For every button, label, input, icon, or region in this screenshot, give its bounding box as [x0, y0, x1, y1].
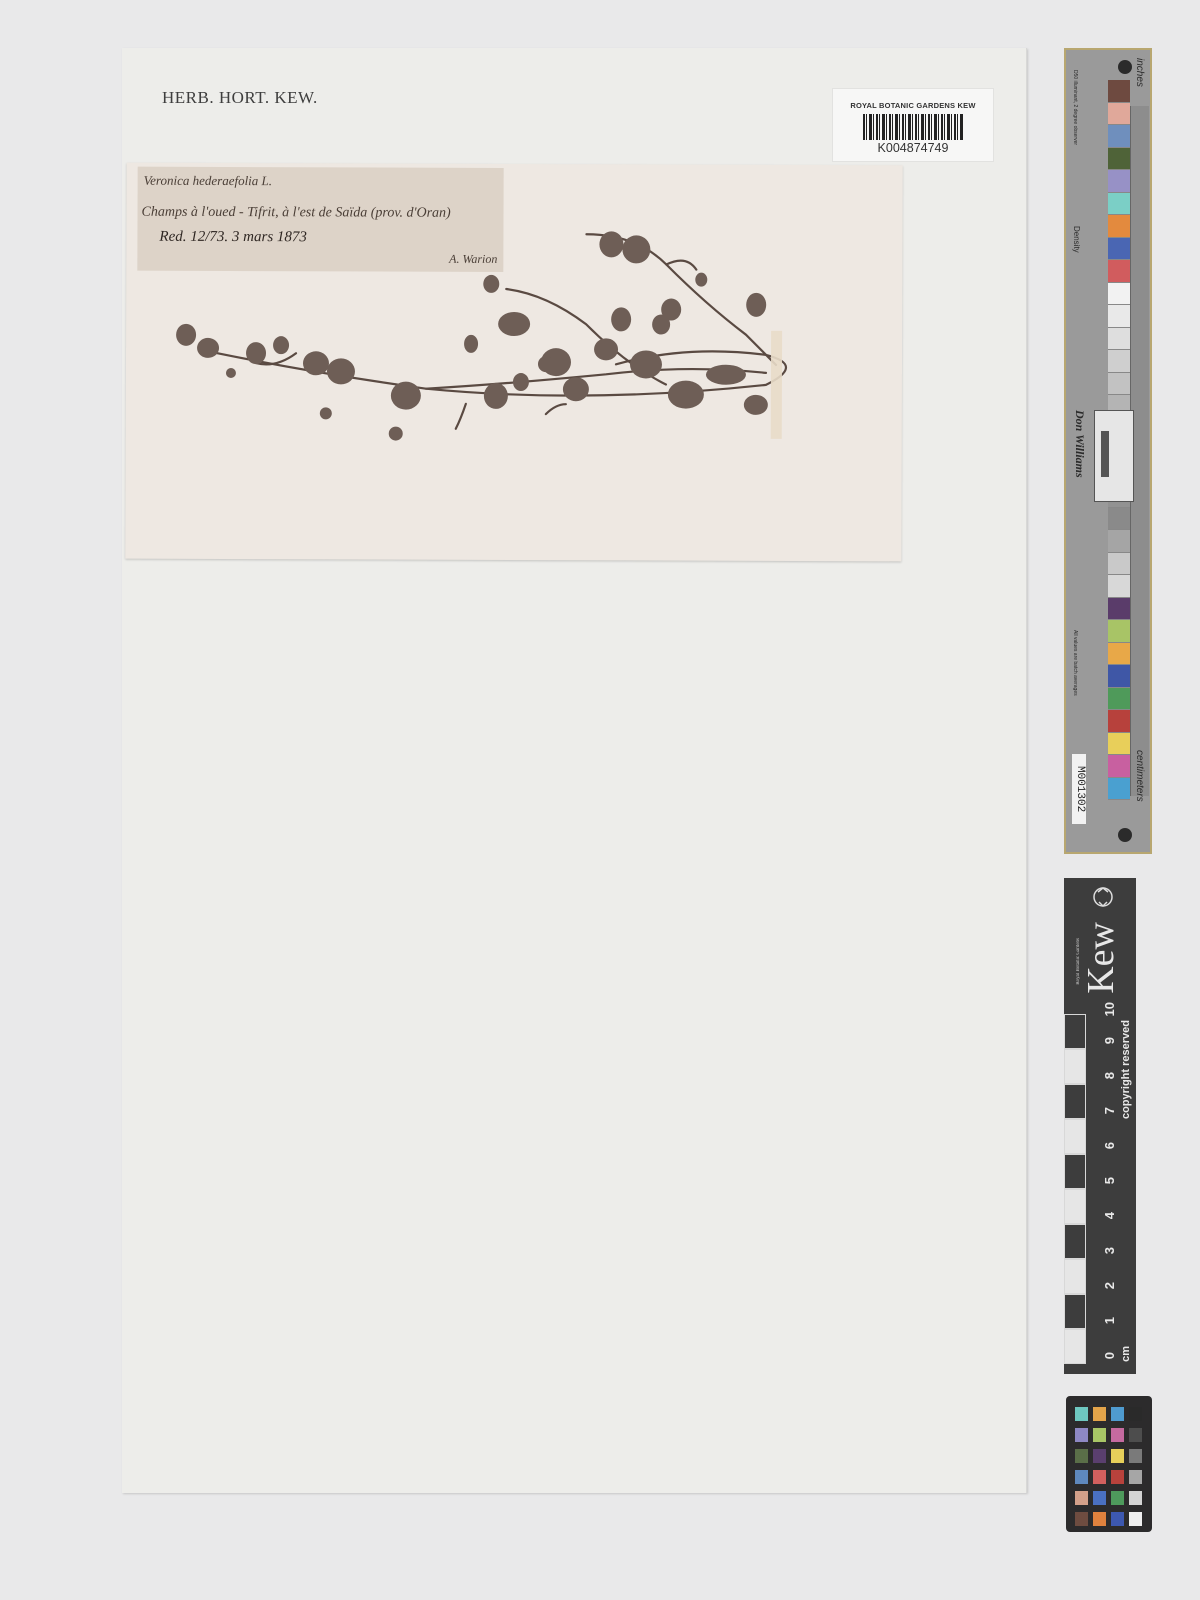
barcode-number: K004874749 [833, 141, 993, 155]
checker-patch [1129, 1428, 1142, 1442]
checker-patch [1129, 1407, 1142, 1421]
checker-patch [1075, 1428, 1088, 1442]
checker-patch [1075, 1470, 1088, 1484]
color-swatch [1108, 755, 1130, 778]
color-swatch [1108, 373, 1130, 396]
checker-patch [1075, 1407, 1088, 1421]
color-swatch [1108, 665, 1130, 688]
cm-number: 0 [1102, 1352, 1118, 1359]
units-centimeters: centimeters [1134, 750, 1145, 802]
checker-patch [1093, 1428, 1106, 1442]
color-swatch [1108, 260, 1130, 283]
color-swatch [1108, 530, 1130, 553]
color-swatch [1108, 688, 1130, 711]
cm-number: 2 [1102, 1282, 1118, 1289]
cm-number: 1 [1102, 1317, 1118, 1324]
checker-patch [1111, 1449, 1124, 1463]
checker-patch [1111, 1491, 1124, 1505]
color-swatch [1108, 283, 1130, 306]
cm-number: 5 [1102, 1177, 1118, 1184]
cm-bar [1064, 1014, 1086, 1049]
plant-specimen-icon [166, 213, 807, 455]
checker-patch [1111, 1407, 1124, 1421]
color-swatch [1108, 193, 1130, 216]
scale-spec-text: D50 illuminant, 2 degree observer [1072, 70, 1078, 145]
color-swatch [1108, 350, 1130, 373]
color-checker-card [1066, 1396, 1152, 1532]
cm-bar [1064, 1084, 1086, 1119]
color-swatch [1108, 328, 1130, 351]
color-swatch [1108, 575, 1130, 598]
cm-bar [1064, 1189, 1086, 1224]
color-swatch [1108, 125, 1130, 148]
color-swatch [1108, 643, 1130, 666]
cm-bar [1064, 1119, 1086, 1154]
cm-number: 9 [1102, 1037, 1118, 1044]
scale-hole-top [1118, 60, 1132, 74]
scale-id: M001302 [1072, 754, 1086, 824]
units-inches: inches [1134, 58, 1145, 87]
mounting-tape [771, 331, 782, 439]
checker-patch [1129, 1470, 1142, 1484]
color-swatch [1108, 710, 1130, 733]
cm-bar [1064, 1154, 1086, 1189]
scale-brand: Don Williams [1072, 410, 1087, 478]
color-swatch [1108, 598, 1130, 621]
cm-bar [1064, 1224, 1086, 1259]
color-swatch [1108, 305, 1130, 328]
color-swatch [1108, 553, 1130, 576]
color-calibration-scale: D50 illuminant, 2 degree observer Densit… [1064, 48, 1152, 854]
cm-bar [1064, 1259, 1086, 1294]
barcode-icon [863, 114, 963, 140]
resolution-target [1094, 410, 1134, 502]
checker-patch [1111, 1470, 1124, 1484]
color-swatch [1108, 778, 1130, 801]
cm-number: 6 [1102, 1142, 1118, 1149]
checker-patch [1129, 1449, 1142, 1463]
kew-logo: Kew [1082, 922, 1120, 994]
density-label: Density [1072, 226, 1081, 253]
herbarium-sheet: HERB. HORT. KEW. ROYAL BOTANIC GARDENS K… [122, 48, 1027, 1493]
cm-bar [1064, 1049, 1086, 1084]
checker-patch [1129, 1512, 1142, 1526]
color-swatch [1108, 508, 1130, 531]
kew-cm-scale: Kew Royal Botanic Gardens 012345678910 c… [1064, 878, 1136, 1374]
checker-patch [1093, 1407, 1106, 1421]
checker-patch [1093, 1512, 1106, 1526]
checker-patch [1129, 1491, 1142, 1505]
color-checker-grid [1075, 1407, 1142, 1526]
color-swatch [1108, 620, 1130, 643]
checker-patch [1111, 1512, 1124, 1526]
barcode-organization: ROYAL BOTANIC GARDENS KEW [833, 101, 993, 110]
scale-hole-bottom [1118, 828, 1132, 842]
kew-logo-subtitle: Royal Botanic Gardens [1076, 938, 1081, 985]
color-swatch [1108, 238, 1130, 261]
scale-note: All values are batch averages [1072, 630, 1078, 696]
color-swatch [1108, 733, 1130, 756]
color-swatch [1108, 148, 1130, 171]
cm-number: 3 [1102, 1247, 1118, 1254]
taxon-name: Veronica hederaefolia L. [144, 173, 272, 189]
checker-patch [1111, 1428, 1124, 1442]
unit-cm: cm [1120, 1346, 1132, 1362]
kew-crest-icon [1090, 884, 1116, 910]
cm-number: 10 [1102, 1002, 1118, 1016]
checker-patch [1093, 1449, 1106, 1463]
cm-number: 8 [1102, 1072, 1118, 1079]
checker-patch [1075, 1449, 1088, 1463]
cm-bar [1064, 1329, 1086, 1364]
checker-patch [1093, 1491, 1106, 1505]
color-swatch [1108, 170, 1130, 193]
cm-number: 4 [1102, 1212, 1118, 1219]
checker-patch [1075, 1512, 1088, 1526]
herbarium-header: HERB. HORT. KEW. [162, 88, 318, 108]
copyright-text: copyright reserved [1120, 1020, 1132, 1119]
color-swatch [1108, 80, 1130, 103]
color-swatch [1108, 103, 1130, 126]
checker-patch [1093, 1470, 1106, 1484]
checker-patch [1075, 1491, 1088, 1505]
mount-paper: Veronica hederaefolia L. Champs à l'oued… [125, 163, 902, 562]
barcode-label: ROYAL BOTANIC GARDENS KEW K004874749 [832, 88, 994, 162]
color-swatch [1108, 215, 1130, 238]
cm-bar [1064, 1294, 1086, 1329]
cm-number: 7 [1102, 1107, 1118, 1114]
